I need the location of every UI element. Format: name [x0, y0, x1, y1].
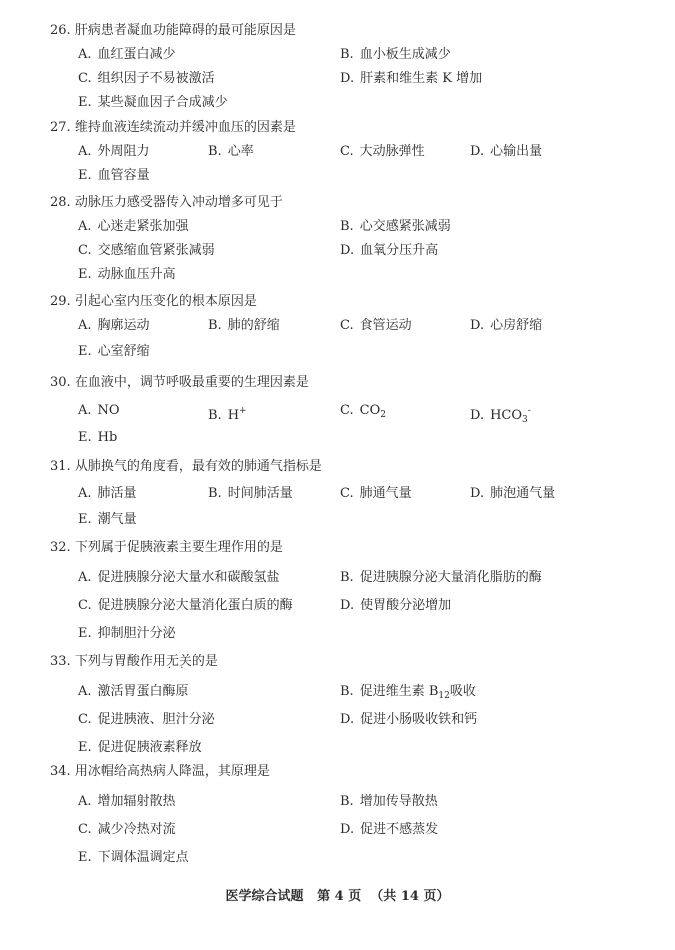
question-stem: 26. 肝病患者凝血功能障碍的最可能原因是 — [50, 22, 650, 46]
option-b: B.促进维生素 B12吸收 — [340, 683, 476, 705]
exam-title: 医学综合试题 — [226, 889, 304, 904]
question-29: 29. 引起心室内压变化的根本原因是 A.胸廓运动B.肺的舒缩C.食管运动D.心… — [50, 293, 650, 367]
question-32: 32. 下列属于促胰液素主要生理作用的是 A.促进胰腺分泌大量水和碳酸氢盐B.促… — [50, 539, 650, 649]
option-c: C.组织因子不易被激活 — [78, 70, 215, 88]
option-e: E.某些凝血因子合成减少 — [78, 94, 228, 112]
page-footer: 医学综合试题 第 4 页 （共 14 页） — [0, 885, 675, 904]
question-stem: 27. 维持血液连续流动并缓冲血压的因素是 — [50, 119, 650, 143]
option-a: A.促进胰腺分泌大量水和碳酸氢盐 — [78, 569, 280, 587]
option-b: B.H+ — [208, 402, 247, 425]
option-d: D.肝素和维生素 K 增加 — [340, 70, 482, 88]
option-a: A.增加辐射散热 — [78, 793, 176, 811]
option-a: A.激活胃蛋白酶原 — [78, 683, 189, 701]
page-number: 第 4 页 — [317, 889, 361, 904]
question-27: 27. 维持血液连续流动并缓冲血压的因素是 A.外周阻力B.心率C.大动脉弹性D… — [50, 119, 650, 191]
option-d: D.HCO3- — [470, 402, 531, 429]
option-e: E.促进促胰液素释放 — [78, 739, 202, 757]
total-pages: （共 14 页） — [370, 889, 449, 904]
question-34: 34. 用冰帽给高热病人降温，其原理是 A.增加辐射散热B.增加传导散热 C.减… — [50, 763, 650, 873]
question-stem: 33. 下列与胃酸作用无关的是 — [50, 653, 650, 683]
option-b: B.心率 — [208, 143, 254, 161]
option-d: D.促进小肠吸收铁和钙 — [340, 711, 477, 729]
option-c: C.肺通气量 — [340, 485, 412, 503]
question-26: 26. 肝病患者凝血功能障碍的最可能原因是 A.血红蛋白减少B.血小板生成减少 … — [50, 22, 650, 118]
option-d: D.心房舒缩 — [470, 317, 542, 335]
option-c: C.CO2 — [340, 402, 386, 424]
option-d: D.心输出量 — [470, 143, 542, 161]
option-a: A.NO — [78, 402, 120, 420]
option-e: E.动脉血压升高 — [78, 266, 176, 284]
option-c: C.食管运动 — [340, 317, 412, 335]
option-c: C.减少冷热对流 — [78, 821, 176, 839]
emphasis-text: 无关 — [166, 654, 192, 669]
option-d: D.血氧分压升高 — [340, 242, 438, 260]
question-stem: 34. 用冰帽给高热病人降温，其原理是 — [50, 763, 650, 793]
question-stem: 28. 动脉压力感受器传入冲动增多可见于 — [50, 194, 650, 218]
question-stem: 30. 在血液中，调节呼吸最重要的生理因素是 — [50, 374, 650, 402]
option-e: E.下调体温调定点 — [78, 849, 189, 867]
option-e: E.血管容量 — [78, 167, 150, 185]
option-e: E.心室舒缩 — [78, 343, 150, 361]
option-a: A.肺活量 — [78, 485, 137, 503]
option-e: E.抑制胆汁分泌 — [78, 625, 176, 643]
option-c: C.促进胰液、胆汁分泌 — [78, 711, 215, 729]
option-c: C.交感缩血管紧张减弱 — [78, 242, 215, 260]
exam-page: 26. 肝病患者凝血功能障碍的最可能原因是 A.血红蛋白减少B.血小板生成减少 … — [0, 0, 675, 950]
option-a: A.血红蛋白减少 — [78, 46, 176, 64]
option-d: D.使胃酸分泌增加 — [340, 597, 451, 615]
option-a: A.心迷走紧张加强 — [78, 218, 189, 236]
option-e: E.Hb — [78, 429, 117, 447]
option-a: A.胸廓运动 — [78, 317, 150, 335]
question-stem: 32. 下列属于促胰液素主要生理作用的是 — [50, 539, 650, 569]
option-d: D.肺泡通气量 — [470, 485, 555, 503]
question-31: 31. 从肺换气的角度看，最有效的肺通气指标是 A.肺活量B.时间肺活量C.肺通… — [50, 458, 650, 535]
option-b: B.时间肺活量 — [208, 485, 293, 503]
option-b: B.心交感紧张减弱 — [340, 218, 451, 236]
option-b: B.血小板生成减少 — [340, 46, 451, 64]
question-stem: 29. 引起心室内压变化的根本原因是 — [50, 293, 650, 317]
question-33: 33. 下列与胃酸作用无关的是 A.激活胃蛋白酶原B.促进维生素 B12吸收 C… — [50, 653, 650, 763]
question-30: 30. 在血液中，调节呼吸最重要的生理因素是 A.NOB.H+C.CO2D.HC… — [50, 374, 650, 453]
option-c: C.促进胰腺分泌大量消化蛋白质的酶 — [78, 597, 293, 615]
option-a: A.外周阻力 — [78, 143, 150, 161]
option-b: B.肺的舒缩 — [208, 317, 280, 335]
question-stem: 31. 从肺换气的角度看，最有效的肺通气指标是 — [50, 458, 650, 485]
option-b: B.促进胰腺分泌大量消化脂肪的酶 — [340, 569, 542, 587]
question-28: 28. 动脉压力感受器传入冲动增多可见于 A.心迷走紧张加强B.心交感紧张减弱 … — [50, 194, 650, 290]
option-d: D.促进不感蒸发 — [340, 821, 438, 839]
option-e: E.潮气量 — [78, 511, 137, 529]
option-c: C.大动脉弹性 — [340, 143, 425, 161]
option-b: B.增加传导散热 — [340, 793, 438, 811]
